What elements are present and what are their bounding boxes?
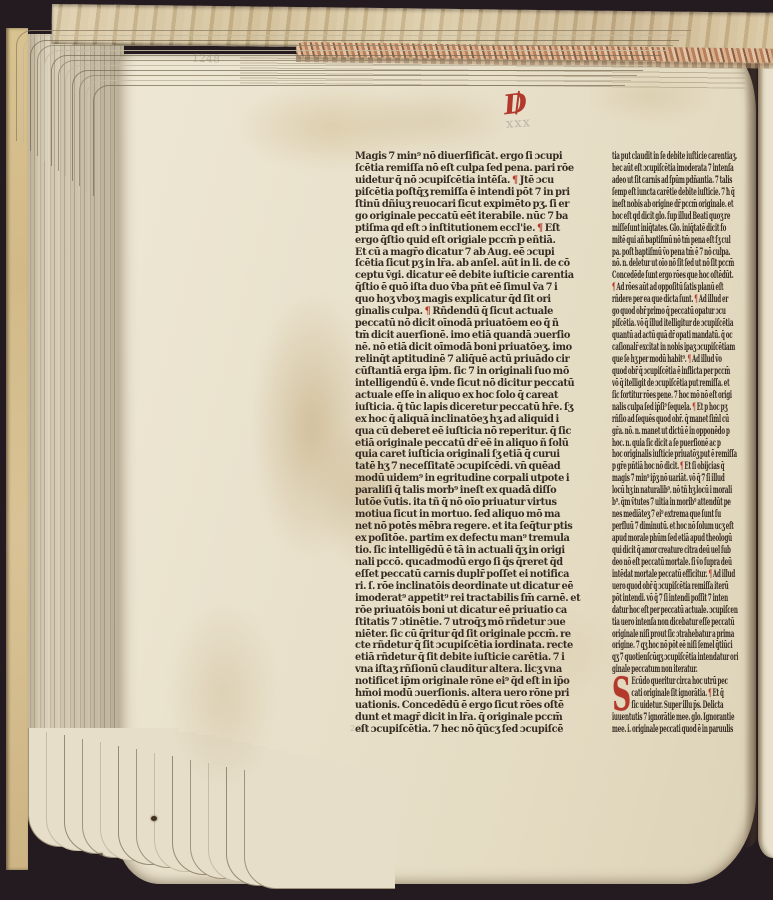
text-line: nali pccō. qucadmodū ergo ſi q̄s q̄reret… [355, 557, 609, 569]
text-line: qua cū deberet eē iuſticia nō reperitur.… [355, 426, 609, 438]
text-line: nalis culpa ſed ip̄ſi⁹ ſequela. ¶ Et p h… [612, 402, 757, 414]
text-line: paraliſi q̄ talis morb⁹ ineſt ex quadā d… [355, 485, 609, 497]
text-line: quod obr̄ q̄ ɔcupiſcētia ē inflicta per … [612, 366, 757, 378]
text-line: etiā originale peccatū dr̄ eē in aliquo … [355, 438, 609, 450]
text-line: ſtitatis 7 ɔtinētie. 7 utroq̄ʒ mō rñdetu… [355, 617, 609, 629]
text-line: datur hoc eſt per peccatū actuale. ɔcupi… [612, 605, 757, 617]
text-line: hoc eſt qd dicit glo. ſup illud Beati qu… [612, 211, 757, 223]
rubricated-initial: S [612, 674, 631, 713]
text-line: go quod obr̄ primo q̄ peccatū opatur ɔcu [612, 306, 757, 318]
text-line: hoc. n. quia ſic dicit a ſe puerſionē ac… [612, 438, 757, 450]
text-line: Concedēde ſunt ergo rōes que hoc oſtēdūt… [612, 270, 757, 282]
text-line: ſic uidetur. Super illu p̄s. Delicta [612, 700, 757, 712]
text-line: miſſeſunt iniq̄tates. Glo. iniq̄tatē dic… [612, 223, 757, 235]
text-column-right: tia put claudit in ſe debite iuſticie ca… [612, 151, 757, 743]
stain [168, 600, 278, 790]
text-line: hec aūt eſt ɔcupiſcētia imoderata 7 inte… [612, 163, 757, 175]
text-line: ¶ Ad rōes aūt ad oppoſitū ſatis planū eſ… [612, 282, 757, 294]
text-line: uidetur q̄ nō ɔcupiſcētia intēſa. ¶ Jtē … [355, 175, 609, 187]
text-line: apud morale phūm ſed etiā apud theologū [612, 533, 757, 545]
text-line: deo nō eſt peccatū mortale. ſi v̄o ſupra… [612, 557, 757, 569]
text-line: quantū ad actū quā dr̄ opati mandatū. q̄… [612, 330, 757, 342]
text-line: q̄ſtio ē quō iſta duo v̄ba pn̄t eē ſimul… [355, 282, 609, 294]
text-line: piſcētia poſtq̄ʒ remiſſa ē intendi pōt 7… [355, 187, 609, 199]
text-line: nō. n. deletur ut oīo nō ſit ſed ut nō ſ… [612, 258, 757, 270]
text-line: p gr̄e pñtiā hoc nō dicit. ¶ Et ſi obijc… [612, 461, 757, 473]
text-line: gr̄a. nō. n. manet ut dictū ē in opponēd… [612, 426, 757, 438]
leaf-corner-arc [244, 770, 395, 889]
text-line: motiua ſicut in mortuo. ſed aliquo mō ma [355, 509, 609, 521]
wormhole [151, 816, 157, 821]
text-line: cati originale ſit ignorātia. ¶ Et q̄ [612, 688, 757, 700]
text-line: uero quod obr̄ q̄ ɔcupiſcētia remiſſa it… [612, 581, 757, 593]
faint-mark-below-folio: xxx [506, 115, 532, 132]
text-line: nes mediāteʒ 7 ei⁹ extrema que ſunt ſu [612, 509, 757, 521]
text-line: pōt intendi. vō q̄ 7 ſi intendi poſſit 7… [612, 593, 757, 605]
text-line: Magis 7 min⁹ nō diuerſificāt. ergo ſi ɔc… [355, 151, 609, 163]
vellum-cover-left-edge [6, 28, 28, 870]
text-line: piſcētia. vō q̄ illud itelligitur de ɔcu… [612, 318, 757, 330]
text-line: vō q̄ itelligit de ɔcupiſcētia put remiſ… [612, 378, 757, 390]
text-line: rñdere per ea que dicta ſunt. ¶ Ad illud… [612, 294, 757, 306]
text-line: ergo q̄ſtio quid eſt origiale pccm̄ p eñ… [355, 235, 609, 247]
text-line: originale niſi prout ſic ɔtrahebatur a p… [612, 629, 757, 641]
text-column-left: Magis 7 min⁹ nō diuerſificāt. ergo ſi ɔc… [355, 151, 609, 741]
text-line: etiā rñdetur q̄ ſit debite iuſticie carē… [355, 652, 609, 664]
text-line: adeo ut ſit carnis ad ſpūm pdñantia. 7 t… [612, 175, 757, 187]
text-line: locū hʒ in naturalib⁹. nō tñ hʒ locū i m… [612, 485, 757, 497]
text-line: dunt et magr̄ dicit in lr̄a. q̄ original… [355, 712, 609, 724]
text-line: tatē hʒ 7 neceſſitatē ɔcupiſcēdi. vn̄ qu… [355, 461, 609, 473]
text-line: rñſio ad ſequēs quod obr̄. q̄ manet ſim̄… [612, 414, 757, 426]
text-line: eſſet peccatū carnis duplr̄ poſſet ei no… [355, 569, 609, 581]
text-line: notificet ip̄m originale rōne ei⁹ q̄d eſ… [355, 676, 609, 688]
text-line: ex hoc q̄ aliquā inclinatōeʒ hʒ ad aliqu… [355, 414, 609, 426]
text-line: perfluū 7 diminutū. et hoc nō ſolum ucʒ … [612, 521, 757, 533]
text-line: ex poſitōe. partim ex defectu man⁹ tremu… [355, 533, 609, 545]
text-line: iuſticia. q̄ tūc lapis diceretur peccatū… [355, 402, 609, 414]
text-line: cūſtantiā erga ip̄m. ſic 7 in originali … [355, 366, 609, 378]
text-line: intēdat mortale peccatū efficitur. ¶ Ad … [612, 569, 757, 581]
text-line: niēter. ſic cū q̄ritur q̄d ſit originale… [355, 629, 609, 641]
text-line: intelligendū ē. vnde ſicut nō dicitur pe… [355, 378, 609, 390]
stain [586, 70, 716, 122]
stain [352, 88, 512, 154]
text-line: uationis. Concedēdū ē ergo ſicut rōes oſ… [355, 700, 609, 712]
text-line: imoderat⁹ appetit⁹ rei tractabilis ſm̄ c… [355, 593, 609, 605]
text-line: tia put claudit in ſe debite iuſticie ca… [612, 151, 757, 163]
text-line: go originale peccatū eēt iterabile. nūc … [355, 211, 609, 223]
text-line: actuale eſſe in aliquo ex hoc ſolo q̄ ca… [355, 390, 609, 402]
text-line: Et cū a magr̄o dicatur 7 ab Aug. eē ɔcup… [355, 247, 609, 259]
wormhole [99, 853, 103, 856]
text-line: relinq̄t aptitudinē 7 aliq̄uē actū priuā… [355, 354, 609, 366]
text-line: ineſt nobis ab origine dr̄ pccm̄ origina… [612, 199, 757, 211]
text-line: ſcētia ſicut pʒ in lr̄a. ab anſel. aūt i… [355, 258, 609, 270]
facing-page-edge [758, 52, 773, 858]
text-line: eſt ɔcupiſcētia. 7 hec nō q̄ūcʒ ſed ɔcup… [355, 724, 609, 736]
text-line: lutōe v̄utis. ita tñ q̄ nō oīo priuatur … [355, 497, 609, 509]
faint-corner-inscription: 1248 [192, 52, 220, 66]
text-line: tio. ſic intelligēdū ē tā in actuali q̄ʒ… [355, 545, 609, 557]
text-line: tm̄ dicit auerſionē. imo etiā quandā ɔue… [355, 330, 609, 342]
text-line: vna iſtaʒ rñſionū clauditur altera. licʒ… [355, 664, 609, 676]
text-line: ſtinū dñiuʒ reuocari ſicut expimēto pʒ. … [355, 199, 609, 211]
text-line: mee. i. originale peccati quod ē in paru… [612, 724, 757, 736]
text-line: modū uidem⁹ in egritudine corpali utpote… [355, 473, 609, 485]
text-line: ſic fortitur rōes pene. 7 hoc mō nō eſt … [612, 390, 757, 402]
text-line: ptiſma qd eſt ɔ inſtitutionem eccl'ie. ¶… [355, 223, 609, 235]
text-line: ſemp eſt iuncta carētie debite iuſticie.… [612, 187, 757, 199]
text-line: magis 7 min⁹ ip̄ʒ nō uariāt. vō q̄ 7 ſi … [612, 473, 757, 485]
text-line: Ecūdo queritur circa hoc utrū pec [612, 676, 757, 688]
text-line: net nō potēs mēbra regere. et ita ſeq̄tu… [355, 521, 609, 533]
book-photo: D xxx 1248 2 6 Magis 7 min⁹ nō diuerſifi… [0, 0, 773, 900]
text-line: hoc originalis iuſticie priuatōʒ put ē r… [612, 449, 757, 461]
text-line: ceptu v̄gi. dicatur eē debite iuſticie c… [355, 270, 609, 282]
text-line: origine. 7 qʒ hoc nō pōt eē niſi ſemel q… [612, 640, 757, 652]
text-line: ri. ſ. rōe inclinatōis deordinate ut dic… [355, 581, 609, 593]
text-line: rōe priuatōis boni ut dicatur eē priuati… [355, 605, 609, 617]
text-line: iuuentutis 7 ignorātie mee. glo. Ignoran… [612, 712, 757, 724]
text-line: cte rñdetur q̄ ſit ɔcupiſcētia iordinata… [355, 640, 609, 652]
text-line: ginale peccatum non iteratur. [612, 664, 757, 676]
text-line: quo hoʒ vboʒ magis explicatur q̄d ſit or… [355, 294, 609, 306]
text-line: ſcētia remiſſa nō eſt culpa ſed pena. pa… [355, 163, 609, 175]
text-line: ginalis culpa. ¶ Rñdendū q̄ ſicut actual… [355, 306, 609, 318]
text-line: pa. poſt baptiſmū v̄o pena tm̄ ē 7 nō cu… [612, 247, 757, 259]
text-line: que ſe hʒ per modū habit⁹. ¶ Ad illud v̄… [612, 354, 757, 366]
text-line: nē. nō etiā dicit oīmodā boni priuatōeʒ.… [355, 342, 609, 354]
text-line: qui dicit q̄ amor creature citra deū uel… [612, 545, 757, 557]
text-line: tia uero intenſa non dicebatur eſſe pecc… [612, 617, 757, 629]
text-line: b⁹. q̄m v̄tutes 7 uitia in morib⁹ attend… [612, 497, 757, 509]
text-line: peccatū nō dicit oīnodā priuatōem eo q̄ … [355, 318, 609, 330]
text-line: quia caret iuſticia originali ſʒ etiā q̄… [355, 449, 609, 461]
text-line: hm̄oi modū ɔuerſionis. altera uero rōne … [355, 688, 609, 700]
text-line: caſionalr̄ excitat in nobis ipaʒ ɔcupiſc… [612, 342, 757, 354]
text-line: mitē qui añ baptiſmū nō tm̄ pena eſt ſʒ … [612, 235, 757, 247]
text-line: qʒ 7 quotienſcūqʒ ɔcupiſcētia intendatur… [612, 652, 757, 664]
